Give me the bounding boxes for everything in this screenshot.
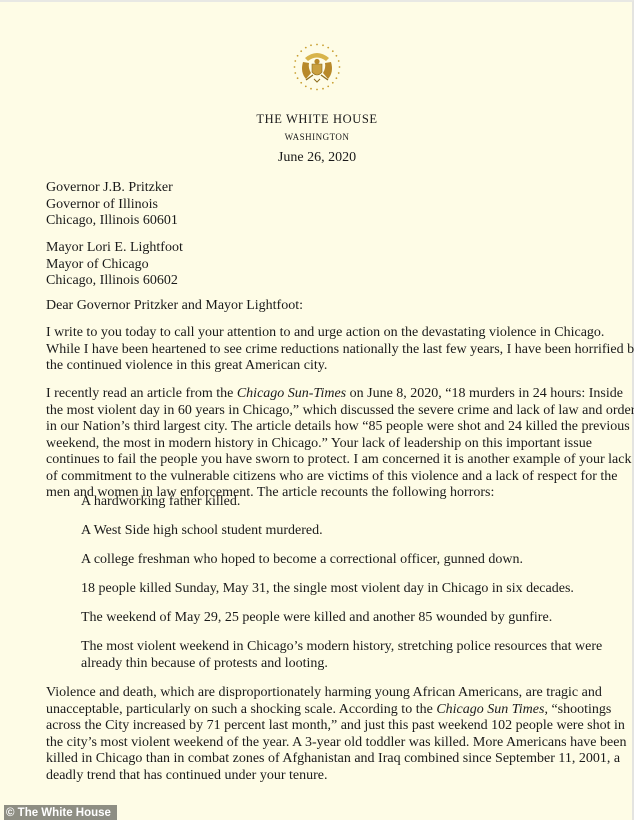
- paragraph-line: I write to you today to call your attent…: [46, 325, 634, 342]
- horror-item: The most violent weekend in Chicago’s mo…: [81, 639, 602, 672]
- paragraph-line: deadly trend that has continued under yo…: [46, 768, 634, 785]
- horror-item: A college freshman who hoped to become a…: [81, 552, 523, 569]
- paragraph-line: unacceptable, particularly on such a sho…: [46, 702, 634, 719]
- recipient-address-governor: Governor J.B. Pritzker Governor of Illin…: [46, 180, 178, 230]
- paragraph-line: the city’s most violent weekend of the y…: [46, 735, 634, 752]
- horror-item: The weekend of May 29, 25 people were ki…: [81, 610, 552, 627]
- horror-item: 18 people killed Sunday, May 31, the sin…: [81, 581, 574, 598]
- horror-item: A West Side high school student murdered…: [81, 523, 323, 540]
- paragraph-line: weekend, the most in modern history in C…: [46, 436, 634, 453]
- paragraph-line: the continued violence in this great Ame…: [46, 358, 634, 375]
- horror-item: A hardworking father killed.: [81, 494, 240, 511]
- paragraph-intro: I write to you today to call your attent…: [46, 325, 634, 375]
- presidential-seal-icon: [292, 42, 342, 92]
- address-line: Chicago, Illinois 60601: [46, 213, 178, 230]
- paragraph-line: While I have been heartened to see crime…: [46, 342, 634, 359]
- address-line: Chicago, Illinois 60602: [46, 273, 183, 290]
- paragraph-line: across the City increased by 71 percent …: [46, 718, 634, 735]
- image-credit-badge: © The White House: [4, 805, 117, 820]
- letterhead-subtitle: WASHINGTON: [0, 132, 634, 142]
- paragraph-line: killed in Chicago than in combat zones o…: [46, 751, 634, 768]
- paragraph-line: continues to fail the people you have sw…: [46, 452, 634, 469]
- address-line: Governor of Illinois: [46, 197, 178, 214]
- paragraph-line: Violence and death, which are disproport…: [46, 685, 634, 702]
- paragraph-article: I recently read an article from the Chic…: [46, 386, 634, 502]
- paragraph-line: in our Nation’s third largest city. The …: [46, 419, 634, 436]
- paragraph-conclusion: Violence and death, which are disproport…: [46, 685, 634, 784]
- salutation: Dear Governor Pritzker and Mayor Lightfo…: [46, 298, 303, 315]
- publication-name: Chicago Sun-Times: [237, 386, 346, 401]
- paragraph-line: of commitment to the vulnerable citizens…: [46, 469, 634, 486]
- address-line: Governor J.B. Pritzker: [46, 180, 178, 197]
- paragraph-line: I recently read an article from the Chic…: [46, 386, 634, 403]
- letter-date: June 26, 2020: [0, 150, 634, 166]
- address-line: Mayor Lori E. Lightfoot: [46, 240, 183, 257]
- paragraph-line: the most violent day in 60 years in Chic…: [46, 403, 634, 420]
- recipient-address-mayor: Mayor Lori E. Lightfoot Mayor of Chicago…: [46, 240, 183, 290]
- letterhead-title: THE WHITE HOUSE: [0, 112, 634, 127]
- address-line: Mayor of Chicago: [46, 257, 183, 274]
- publication-name: Chicago Sun Times: [436, 702, 544, 717]
- letter-page: THE WHITE HOUSE WASHINGTON June 26, 2020…: [0, 0, 634, 820]
